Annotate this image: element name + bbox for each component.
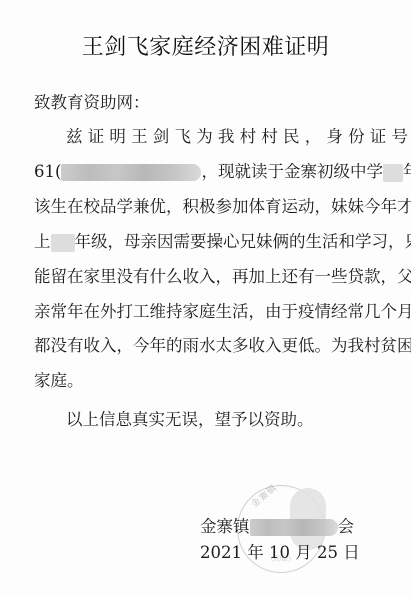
grade-text: 年级。 <box>403 162 411 181</box>
org-prefix: 金寨镇 <box>200 517 250 536</box>
body-line-5: 能留在家里没有什么收入，再加上还有一些贷款，父 <box>34 267 398 287</box>
signature-date: 2021 年 10 月 25 日 <box>200 543 360 563</box>
id-number-prefix: 61( <box>34 162 61 181</box>
org-suffix: 会 <box>338 517 355 536</box>
redacted-sister-grade <box>51 234 75 252</box>
redacted-id-number <box>61 164 201 181</box>
body-line-2: 61(，现就读于金寨初级中学年级。 <box>34 162 398 182</box>
signature-organization: 金寨镇会 <box>200 517 354 537</box>
seal-text: 金寨镇 <box>248 481 279 510</box>
body-line-4-text: 年级，母亲因需要操心兄妹俩的生活和学习，只 <box>75 232 411 251</box>
body-line-1: 兹证明王剑飞为我村村民，身份证号： <box>66 127 398 147</box>
document-title: 王剑飞家庭经济困难证明 <box>0 30 411 61</box>
body-line-8: 家庭。 <box>34 371 398 391</box>
body-line-4: 上年级，母亲因需要操心兄妹俩的生活和学习，只 <box>34 232 398 252</box>
sister-grade-prefix: 上 <box>34 232 51 251</box>
certificate-page: 王剑飞家庭经济困难证明 致教育资助网： 兹证明王剑飞为我村村民，身份证号： 61… <box>0 0 411 597</box>
body-line-7: 都没有收入，今年的雨水太多收入更低。为我村贫困 <box>34 336 398 356</box>
body-line-3: 该生在校品学兼优，积极参加体育运动，妹妹今年才 <box>34 197 398 217</box>
body-line-6: 亲常年在外打工维持家庭生活，由于疫情经常几个月 <box>34 302 398 322</box>
redacted-org-name <box>250 519 338 536</box>
salutation: 致教育资助网： <box>34 93 398 113</box>
redacted-grade <box>383 164 403 182</box>
school-text: ，现就读于金寨初级中学 <box>201 162 383 181</box>
closing-statement: 以上信息真实无误，望予以资助。 <box>66 410 398 430</box>
